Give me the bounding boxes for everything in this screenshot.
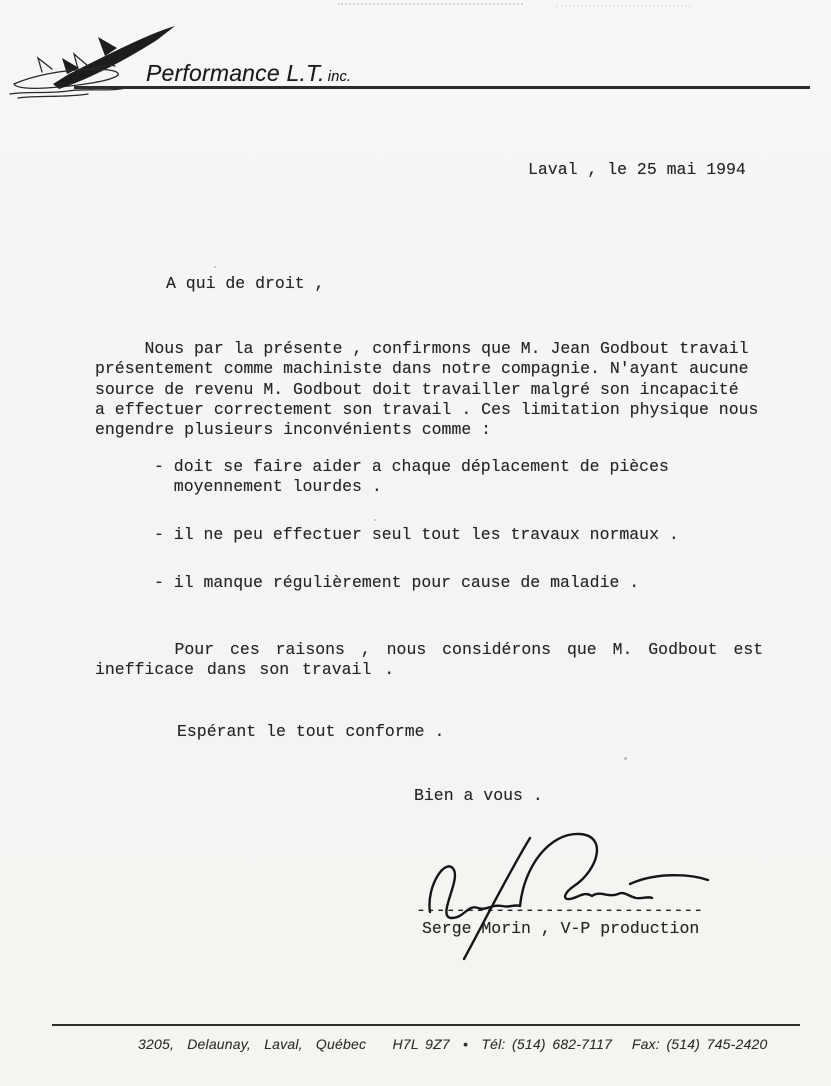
date-line: Laval , le 25 mai 1994 <box>528 160 746 180</box>
company-name-suffix: inc. <box>328 69 351 85</box>
handwritten-signature-icon <box>412 826 717 961</box>
bullet-1-line: - doit se faire aider a chaque déplaceme… <box>154 457 669 477</box>
salutation: A qui de droit , <box>166 274 324 294</box>
signatory-name-title: Serge Morin , V-P production <box>422 919 699 939</box>
footer-rule <box>52 1024 800 1026</box>
company-name-main: Performance L.T. <box>146 60 325 86</box>
letterhead-rule <box>74 86 810 89</box>
closing-line-2: Bien a vous . <box>414 786 543 806</box>
scanned-letter-page: Performance L.T.inc. Laval , le 25 mai 1… <box>0 0 831 1086</box>
paragraph-1-line: a effectuer correctement son travail . C… <box>95 400 758 420</box>
bullet-item-1: - doit se faire aider a chaque déplaceme… <box>154 457 669 498</box>
paragraph-1-line: Nous par la présente , confirmons que M.… <box>95 339 758 359</box>
paragraph-1-line: engendre plusieurs inconvénients comme : <box>95 420 758 440</box>
scan-speck <box>214 266 216 268</box>
paragraph-2: Pour ces raisons , nous considérons que … <box>95 640 763 681</box>
bullet-item-2: - il ne peu effectuer seul tout les trav… <box>154 525 679 545</box>
paragraph-1: Nous par la présente , confirmons que M.… <box>95 339 758 440</box>
scan-noise-band <box>556 5 691 7</box>
scan-speck <box>374 519 376 521</box>
company-name: Performance L.T.inc. <box>146 60 351 87</box>
scan-speck <box>624 757 627 760</box>
paragraph-2-line: inefficace dans son travail . <box>95 660 763 680</box>
paragraph-2-line: Pour ces raisons , nous considérons que … <box>95 640 763 660</box>
paragraph-1-line: source de revenu M. Godbout doit travail… <box>95 380 758 400</box>
scan-noise-band <box>338 3 523 5</box>
paragraph-1-line: présentement comme machiniste dans notre… <box>95 359 758 379</box>
bullet-1-line: moyennement lourdes . <box>154 477 669 497</box>
bullet-item-3: - il manque régulièrement pour cause de … <box>154 573 639 593</box>
closing-line-1: Espérant le tout conforme . <box>177 722 444 742</box>
footer-address: 3205, Delaunay, Laval, Québec H7L 9Z7 • … <box>138 1036 767 1052</box>
